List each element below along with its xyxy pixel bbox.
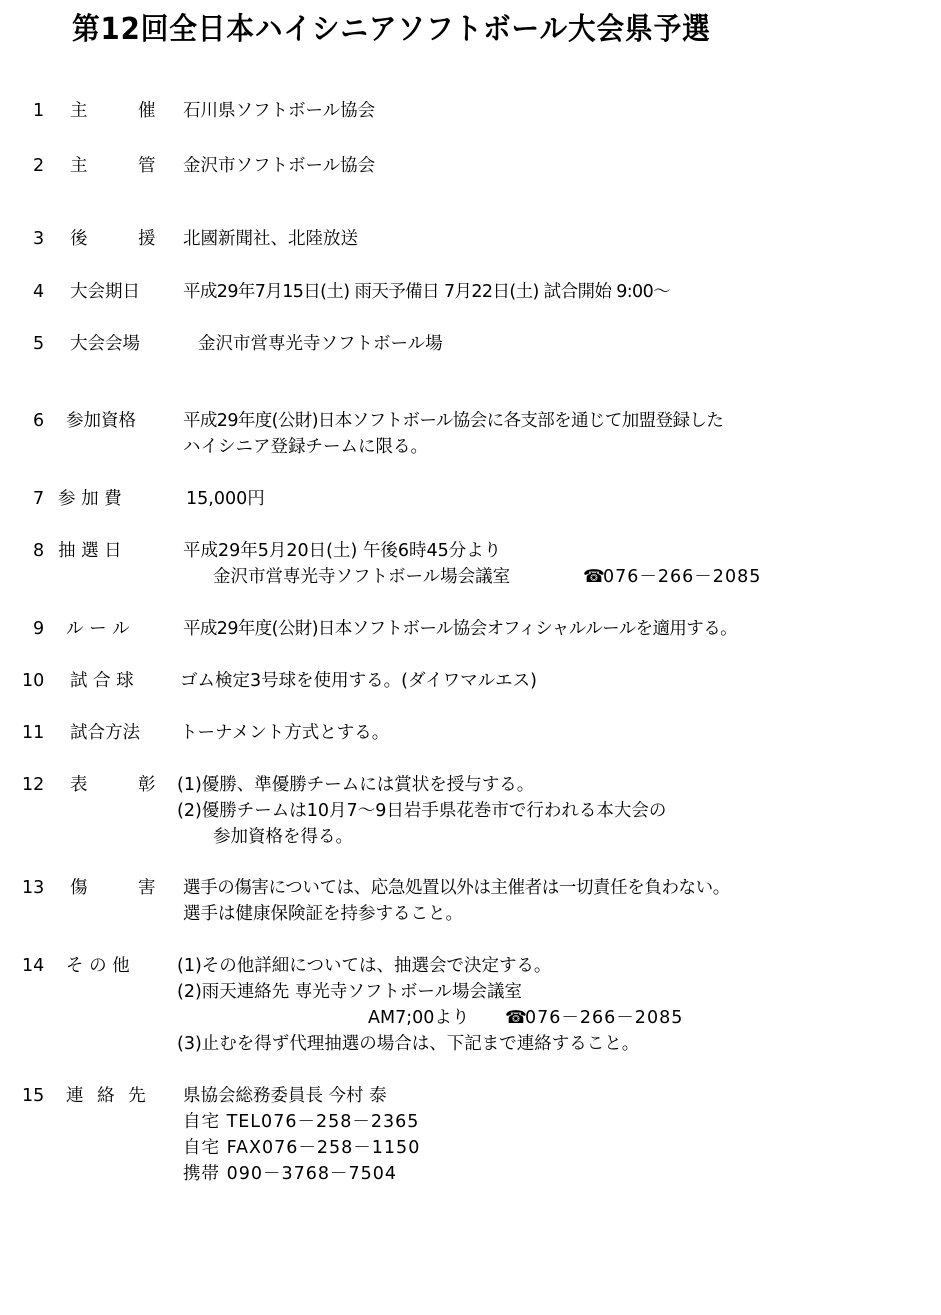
item-value: 選手は健康保険証を持参すること。 [183,903,463,925]
item-value: AM7;00より [368,1007,469,1029]
item-number: 14 [22,955,44,977]
item-number: 10 [22,670,44,692]
item-value: 平成29年7月15日(土) 雨天予備日 7月22日(土) 試合開始 9:00〜 [183,281,670,303]
item-value: (3)止むを得ず代理抽選の場合は、下記まで連絡すること。 [177,1033,639,1055]
item-label: 彰 [138,774,156,796]
item-value: 県協会総務委員長 今村 泰 [183,1085,387,1107]
item-number: 11 [22,722,44,744]
item-label: 大会期日 [70,281,140,303]
item-value: (2)雨天連絡先 専光寺ソフトボール場会議室 [177,981,522,1003]
item-value: 金沢市ソフトボール協会 [183,155,375,177]
item-value: 平成29年度(公財)日本ソフトボール協会オフィシャルルールを適用する。 [183,618,737,640]
item-value: 選手の傷害については、応急処置以外は主催者は一切責任を負わない。 [183,877,730,899]
document-title: 第12回全日本ハイシニアソフトボール大会県予選 [72,4,711,48]
item-value: 金沢市営専光寺ソフトボール場会議室 [213,566,510,588]
item-label: 試合方法 [70,722,140,744]
item-label: 後 [70,228,88,250]
item-label: 害 [138,877,156,899]
item-label: 表 [70,774,88,796]
item-value: (1)その他詳細については、抽選会で決定する。 [177,955,551,977]
item-value: 石川県ソフトボール協会 [183,100,375,122]
item-label: 催 [138,100,156,122]
item-value: 自宅 TEL076－258－2365 [183,1111,419,1133]
item-value: (2)優勝チームは10月7〜9日岩手県花巻市で行われる本大会の [177,800,666,822]
item-value: 自宅 FAX076－258－1150 [183,1137,420,1159]
item-value: 金沢市営専光寺ソフトボール場 [198,333,443,355]
item-number: 6 [33,410,44,432]
item-label: 傷 [70,877,88,899]
phone-icon: ☎ [505,1007,527,1029]
item-number: 12 [22,774,44,796]
item-label: 参加資格 [66,410,136,432]
item-value: トーナメント方式とする。 [180,722,389,744]
item-number: 2 [33,155,44,177]
item-number: 5 [33,333,44,355]
item-label: 主 [70,100,88,122]
item-label: そ の 他 [66,955,130,977]
phone-number: 076－266－2085 [525,1007,683,1029]
item-label: 大会会場 [70,333,140,355]
item-label: 管 [138,155,156,177]
item-number: 13 [22,877,44,899]
item-value: 平成29年5月20日(土) 午後6時45分より [183,540,501,562]
item-value: (1)優勝、準優勝チームには賞状を授与する。 [177,774,534,796]
item-number: 3 [33,228,44,250]
item-label: ル ー ル [66,618,130,640]
item-label: 参 加 費 [58,488,122,510]
item-label: 抽 選 日 [58,540,122,562]
item-label: 援 [138,228,156,250]
item-value: 平成29年度(公財)日本ソフトボール協会に各支部を通じて加盟登録した [183,410,723,432]
item-value: 参加資格を得る。 [213,826,353,848]
item-number: 9 [33,618,44,640]
item-number: 1 [33,100,44,122]
phone-icon: ☎ [583,566,605,588]
item-number: 15 [22,1085,44,1107]
item-value: ゴム検定3号球を使用する。(ダイワマルエス) [180,670,537,692]
item-value: 携帯 090－3768－7504 [183,1163,397,1185]
item-label: 試 合 球 [70,670,134,692]
item-number: 4 [33,281,44,303]
item-value: ハイシニア登録チームに限る。 [183,436,428,458]
item-label: 連 絡 先 [66,1085,150,1107]
item-value: 北國新聞社、北陸放送 [183,228,358,250]
item-value: 15,000円 [186,488,265,510]
item-number: 7 [33,488,44,510]
item-label: 主 [70,155,88,177]
phone-number: 076－266－2085 [603,566,761,588]
item-number: 8 [33,540,44,562]
